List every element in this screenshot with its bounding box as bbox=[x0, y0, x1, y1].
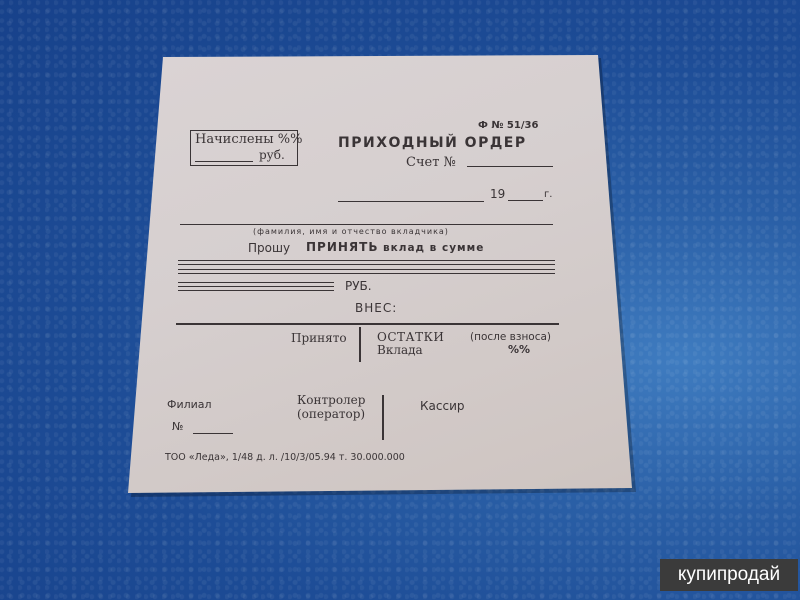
amount-line-6 bbox=[178, 286, 334, 287]
signature-divider bbox=[382, 395, 384, 440]
controller-label: Контролер bbox=[297, 393, 365, 407]
year-prefix: 19 bbox=[490, 187, 505, 201]
form-number: Ф № 51/36 bbox=[478, 120, 538, 131]
printer-imprint: ТОО «Леда», 1/48 д. л. /10/3/05.94 т. 30… bbox=[165, 452, 405, 463]
branch-label: Филиал bbox=[167, 398, 212, 411]
currency-label: РУБ. bbox=[345, 279, 372, 293]
document-title: ПРИХОДНЫЙ ОРДЕР bbox=[338, 135, 527, 151]
accrued-amount-blank bbox=[195, 161, 253, 162]
request-text-3: вклад в сумме bbox=[383, 242, 484, 254]
request-text-1: Прошу bbox=[248, 241, 290, 255]
accepted-label: Принято bbox=[291, 331, 347, 345]
account-number-blank[interactable] bbox=[467, 166, 553, 167]
branch-number-label: № bbox=[172, 420, 183, 433]
accrued-interest-label: Начислены %% bbox=[195, 132, 302, 147]
balance-label: ОСТАТКИ bbox=[377, 330, 444, 344]
amount-line-3 bbox=[178, 269, 555, 270]
account-label: Счет № bbox=[406, 155, 456, 170]
cashier-label: Кассир bbox=[420, 399, 464, 413]
percent-label: %% bbox=[508, 343, 530, 356]
after-deposit-label: (после взноса) bbox=[470, 331, 551, 343]
accepted-divider bbox=[359, 327, 361, 362]
amount-line-1[interactable] bbox=[178, 260, 555, 261]
depositor-caption: (фамилия, имя и отчество вкладчика) bbox=[253, 227, 449, 236]
amount-line-4 bbox=[178, 273, 555, 274]
amount-line-2 bbox=[178, 264, 555, 265]
operator-label: (оператор) bbox=[297, 407, 365, 421]
depositor-name-blank[interactable] bbox=[180, 224, 553, 225]
deposited-by-label: ВНЕС: bbox=[355, 301, 397, 315]
year-blank[interactable] bbox=[508, 200, 543, 201]
accrued-rub-label: руб. bbox=[259, 148, 285, 162]
amount-line-5[interactable] bbox=[178, 282, 334, 283]
year-suffix: г. bbox=[544, 189, 552, 200]
date-blank[interactable] bbox=[338, 201, 484, 202]
amount-line-7 bbox=[178, 290, 334, 291]
site-watermark: купипродай bbox=[660, 559, 798, 591]
balance-sub-label: Вклада bbox=[377, 343, 423, 357]
section-divider bbox=[176, 323, 559, 325]
branch-number-blank[interactable] bbox=[193, 433, 233, 434]
request-text-accept: ПРИНЯТЬ bbox=[306, 240, 379, 254]
